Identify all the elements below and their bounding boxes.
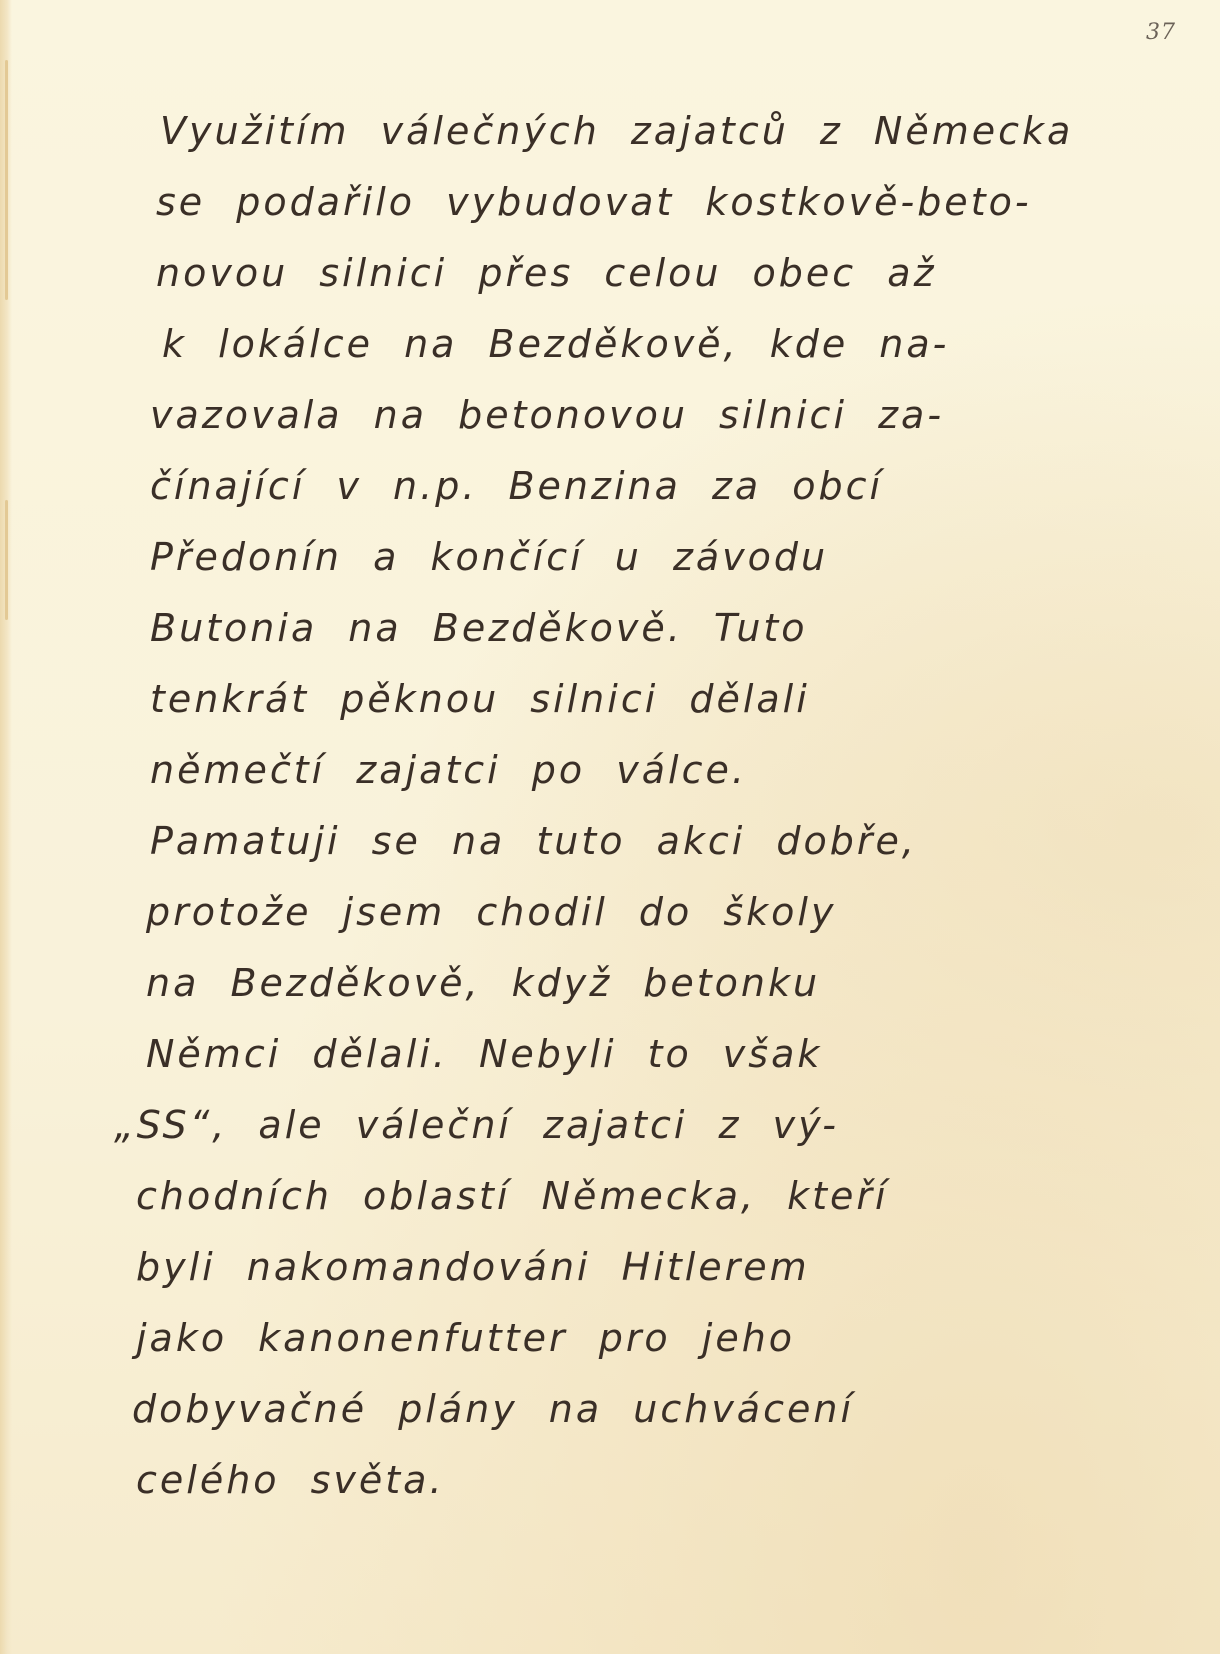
handwritten-text: Využitím válečných zajatců z Německa se … xyxy=(150,96,1110,1516)
text-line: tenkrát pěknou silnici dělali xyxy=(150,664,1110,735)
text-line: byli nakomandováni Hitlerem xyxy=(136,1232,1110,1303)
text-line: vazovala na betonovou silnici za- xyxy=(150,380,1110,451)
text-line: Využitím válečných zajatců z Německa xyxy=(160,96,1110,167)
text-line: Pamatuji se na tuto akci dobře, xyxy=(150,806,1110,877)
binding-mark xyxy=(5,500,8,620)
text-line: dobyvačné plány na uchvácení xyxy=(132,1374,1110,1445)
text-line: Butonia na Bezděkově. Tuto xyxy=(150,593,1110,664)
text-line: novou silnici přes celou obec až xyxy=(156,238,1110,309)
text-line: se podařilo vybudovat kostkově-beto- xyxy=(156,167,1110,238)
binding-mark xyxy=(5,60,8,300)
text-line: k lokálce na Bezděkově, kde na- xyxy=(162,309,1110,380)
text-line: Němci dělali. Nebyli to však xyxy=(146,1019,1110,1090)
text-line: protože jsem chodil do školy xyxy=(146,877,1110,948)
text-line: čínající v n.p. Benzina za obcí xyxy=(150,451,1110,522)
text-line: na Bezděkově, když betonku xyxy=(146,948,1110,1019)
text-line: jako kanonenfutter pro jeho xyxy=(136,1303,1110,1374)
text-line: Předonín a končící u závodu xyxy=(150,522,1110,593)
text-line: němečtí zajatci po válce. xyxy=(150,735,1110,806)
text-line: chodních oblastí Německa, kteří xyxy=(136,1161,1110,1232)
handwritten-page: 37 Využitím válečných zajatců z Německa … xyxy=(0,0,1220,1654)
text-line: „SS“, ale váleční zajatci z vý- xyxy=(114,1090,1110,1161)
text-line: celého světa. xyxy=(136,1445,1110,1516)
binding-edge xyxy=(0,0,12,1654)
page-number: 37 xyxy=(1146,20,1176,45)
